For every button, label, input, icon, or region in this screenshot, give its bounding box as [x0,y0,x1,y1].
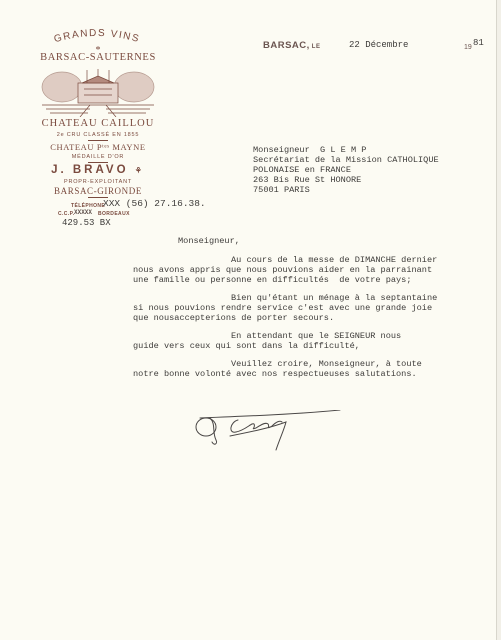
recipient-line: 263 Bis Rue St HONORE [253,175,361,185]
letterhead-classification: 2e CRU CLASSÉ EN 1855 [20,132,176,138]
letterhead-chateau-caillou: CHATEAU CAILLOU [20,118,176,129]
ccp-city: BORDEAUX [98,211,130,217]
signature [190,410,350,455]
letterhead-owner: J. BRAVO ⚘ [20,164,176,176]
recipient-line: Secrétariat de la Mission CATHOLIQUE [253,155,439,165]
letterhead-medal: MÉDAILLE D'OR [20,154,176,160]
dateline-place: BARSAC,LE [263,40,320,51]
body-line: notre bonne volonté avec nos respectueus… [133,369,417,379]
recipient-line: Monseigneur G L E M P [253,145,366,155]
divider [88,140,108,141]
owner-mark-icon: ⚘ [135,166,145,175]
body-line: Veuillez croire, Monseigneur, à toute [133,359,422,369]
ccp-struck: XXXXX [74,208,92,218]
recipient-line: POLONAISE en FRANCE [253,165,351,175]
body-line: que nousaccepterions de porter secours. [133,313,334,323]
body-line: Bien qu'étant un ménage à la septantaine [133,293,437,303]
letterhead-chateau-mayne: CHATEAU Pᵗᵉˢ MAYNE [20,142,176,152]
dateline-year-suffix: 81 [473,38,484,48]
divider [88,162,108,163]
dateline-year-prefix: 19 [464,44,472,51]
body-line: une famille ou personne en difficultés d… [133,275,411,285]
ccp-label: C.C.P. [58,211,74,217]
letter-page: GRANDS VINS * BARSAC-SAUTERNES CHATEAU C… [0,0,497,640]
body-line: Au cours de la messe de DIMANCHE dernier [133,255,437,265]
body-line: guide vers ceux qui sont dans la difficu… [133,341,360,351]
ccp-value: 429.53 BX [62,218,111,228]
letterhead-role: PROPR-EXPLOITANT [20,179,176,185]
body-line: nous avons appris que nous pouvions aide… [133,265,432,275]
svg-text:GRANDS VINS: GRANDS VINS [53,28,141,45]
salutation: Monseigneur, [178,236,240,246]
telephone-value: XXX (56) 27.16.38. [103,199,206,209]
chateau-illustration [40,67,156,117]
recipient-line: 75001 PARIS [253,185,310,195]
dateline-date: 22 Décembre [349,40,408,50]
letterhead-location: BARSAC-GIRONDE [20,186,176,196]
letterhead-region: BARSAC-SAUTERNES [20,52,176,63]
paper-watermark [16,520,76,590]
body-line: En attendant que le SEIGNEUR nous [133,331,401,341]
body-line: si nous pouvions rendre service c'est av… [133,303,432,313]
